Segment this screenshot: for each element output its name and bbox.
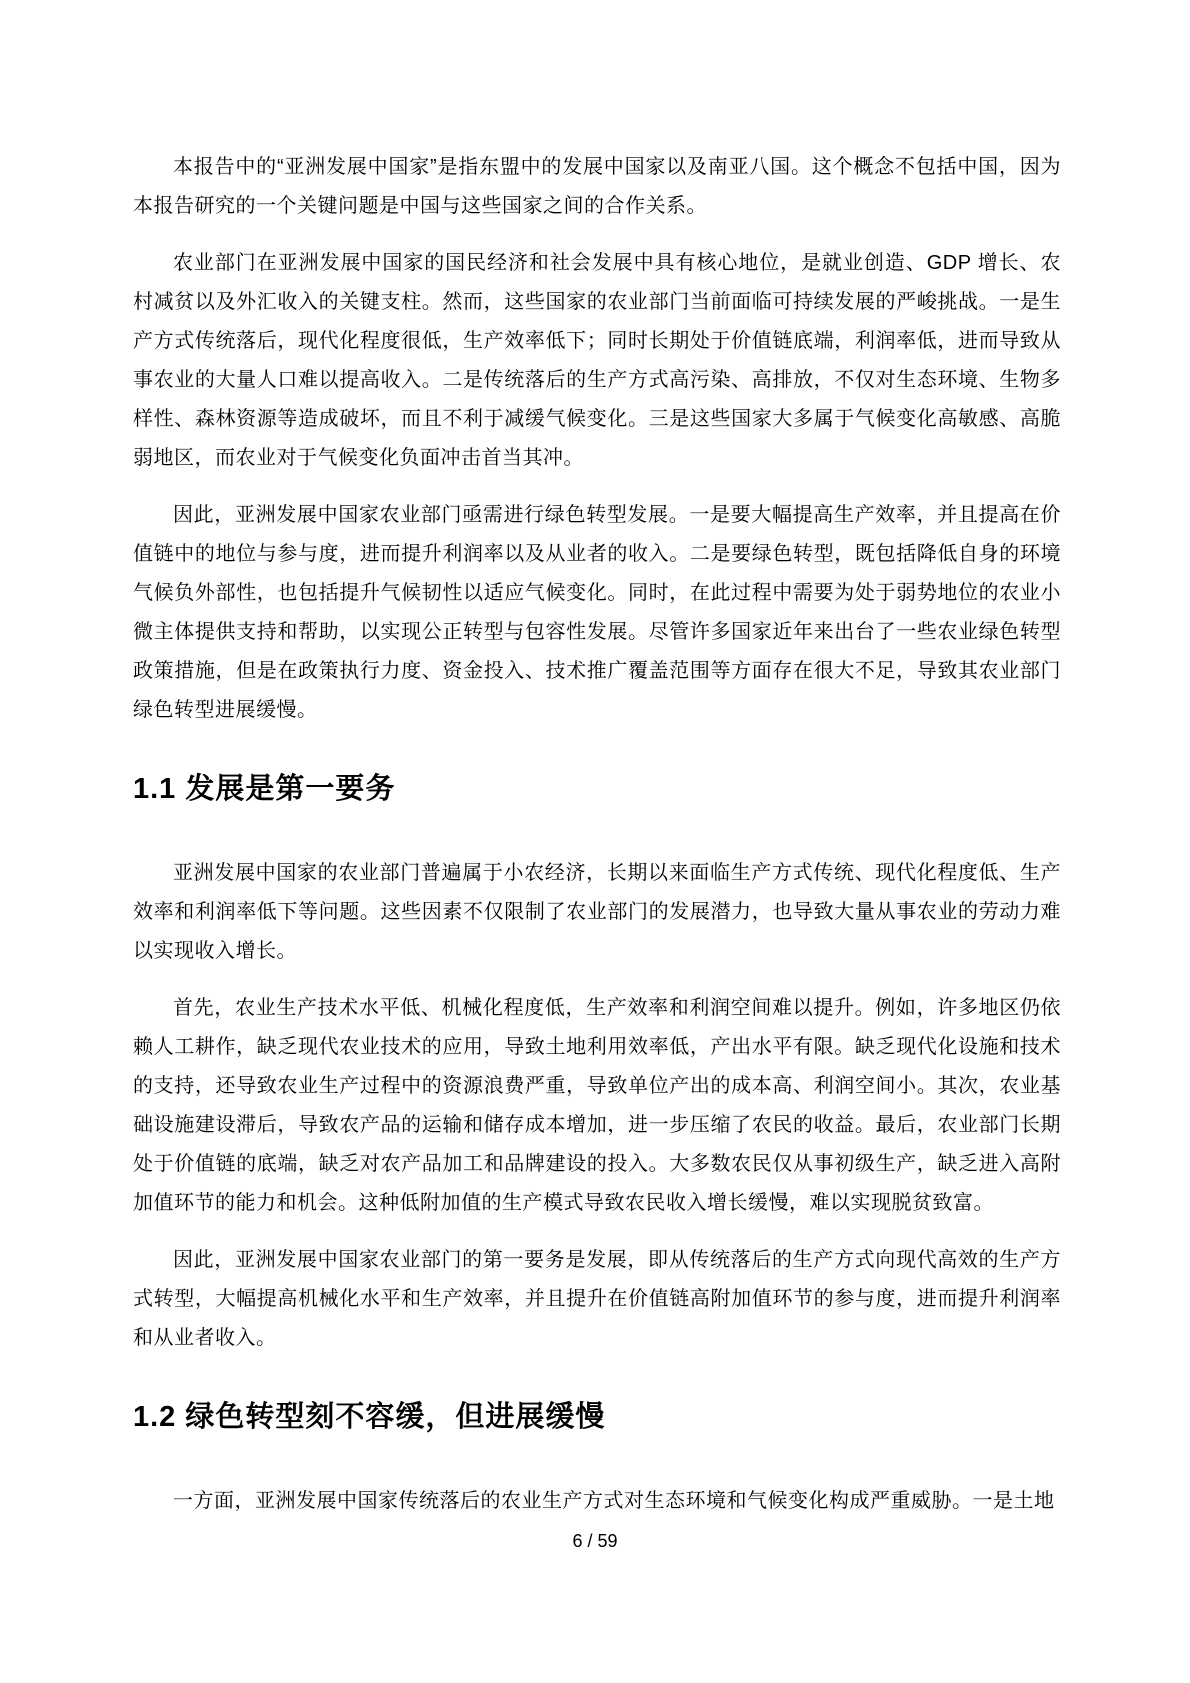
intro-paragraph-1: 本报告中的“亚洲发展中国家”是指东盟中的发展中国家以及南亚八国。这个概念不包括中… [133, 148, 1061, 226]
page-number: 6 / 59 [0, 1531, 1190, 1552]
document-page: 本报告中的“亚洲发展中国家”是指东盟中的发展中国家以及南亚八国。这个概念不包括中… [133, 148, 1061, 1539]
section-1-2-paragraph-1: 一方面，亚洲发展中国家传统落后的农业生产方式对生态环境和气候变化构成严重威胁。一… [133, 1482, 1061, 1521]
section-1-1-paragraph-2: 首先，农业生产技术水平低、机械化程度低，生产效率和利润空间难以提升。例如，许多地… [133, 989, 1061, 1223]
section-1-1-paragraph-1: 亚洲发展中国家的农业部门普遍属于小农经济，长期以来面临生产方式传统、现代化程度低… [133, 854, 1061, 971]
intro-paragraph-2: 农业部门在亚洲发展中国家的国民经济和社会发展中具有核心地位，是就业创造、GDP … [133, 244, 1061, 478]
section-1-1-paragraph-3: 因此，亚洲发展中国家农业部门的第一要务是发展，即从传统落后的生产方式向现代高效的… [133, 1241, 1061, 1358]
section-heading-1-2: 1.2 绿色转型刻不容缓，但进展缓慢 [133, 1396, 1061, 1438]
intro-paragraph-3: 因此，亚洲发展中国家农业部门亟需进行绿色转型发展。一是要大幅提高生产效率，并且提… [133, 496, 1061, 730]
section-heading-1-1: 1.1 发展是第一要务 [133, 768, 1061, 810]
